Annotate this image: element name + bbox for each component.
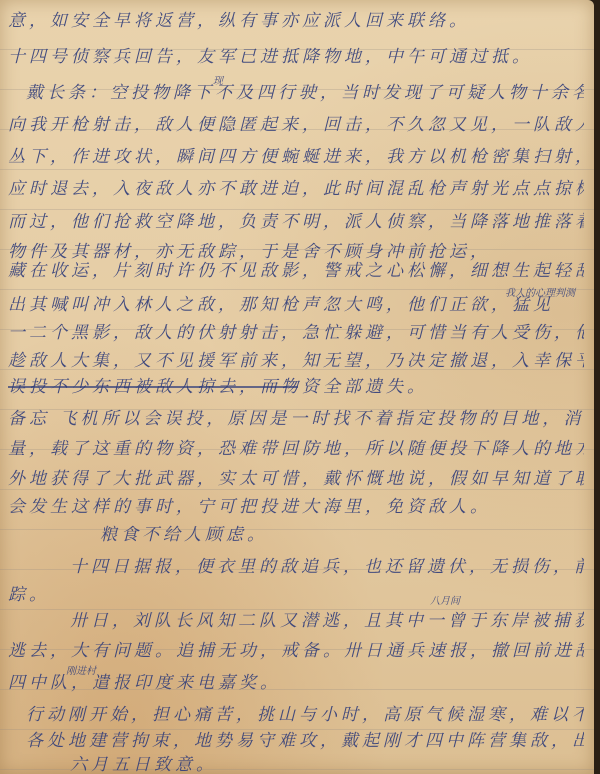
manuscript-line-11: 一二个黑影，敌人的伏射射击，急忙躲避，可惜当有人受伤，他们 xyxy=(8,318,584,343)
margin-annotation: 刚进村 xyxy=(66,662,96,677)
manuscript-line-4: 向我开枪射击，敌人便隐匿起来，回击，不久忽又见，一队敌人散伏树 xyxy=(8,110,584,135)
manuscript-line-19: 十四日据报，便衣里的敌追兵，也还留遗伏，无损伤，前有队伍搜寻敌 xyxy=(70,552,584,577)
manuscript-line-18: 粮食不给人顾虑。 xyxy=(100,520,584,545)
manuscript-line-15: 量，载了这重的物资，恐难带回防地，所以随便投下降人的地方，给敌人意 xyxy=(8,434,584,459)
strikethrough-mark xyxy=(8,386,298,388)
manuscript-line-3: 戴长条：空投物降下不及四行驶，当时发现了可疑人物十余名，由密林中 xyxy=(26,78,584,103)
manuscript-line-12: 趁敌人大集，又不见援军前来，知无望，乃决定撤退，入幸保平安， xyxy=(8,346,584,371)
manuscript-line-2: 十四号侦察兵回告，友军已进抵降物地，中午可通过抵。 xyxy=(8,42,584,67)
manuscript-line-24: 行动刚开始，担心痛苦，挑山与小时，高原气候湿寒，难以不堪，床铺无起。 xyxy=(26,700,584,725)
manuscript-line-5: 丛下，作进攻状，瞬间四方便蜿蜒进来，我方以机枪密集扫射，敌人 xyxy=(8,142,584,167)
manuscript-page: 意，如安全早将返营，纵有事亦应派人回来联络。 十四号侦察兵回告，友军已进抵降物地… xyxy=(0,0,594,774)
manuscript-line-1: 意，如安全早将返营，纵有事亦应派人回来联络。 xyxy=(8,6,584,31)
manuscript-line-7: 而过，他们抢救空降地，负责不明，派人侦察，当降落地推落着的 xyxy=(8,207,584,232)
manuscript-line-20: 踪。 xyxy=(8,580,584,605)
margin-annotation: 我人的心理判测 xyxy=(505,284,575,299)
manuscript-line-17: 会发生这样的事时，宁可把投进大海里，免资敌人。 xyxy=(8,492,584,517)
manuscript-line-21: 卅日，刘队长风知二队又潜逃，且其中一曾于东岸被捕获释放，今 xyxy=(70,606,584,631)
manuscript-line-25: 各处地建营拘束，地势易守难攻，戴起刚才四中阵营集敌，出发者速集 xyxy=(26,726,584,751)
manuscript-line-10: 出其喊叫冲入林人之敌，那知枪声忽大鸣，他们正欲，猛见 xyxy=(8,290,584,315)
margin-annotation: 八月间 xyxy=(430,592,460,607)
manuscript-line-22: 逃去，大有问题。追捕无功，戒备。卅日通兵速报，撤回前进敌步哨二 xyxy=(8,636,584,661)
manuscript-line-16: 外地获得了大批武器，实太可惜，戴怀慨地说，假如早知道了联军的 xyxy=(8,464,584,489)
manuscript-line-13: 误投不少东西被敌人掠去，而物资全部遗失。 xyxy=(8,372,584,397)
manuscript-line-9: 藏在收运，片刻时许仍不见敌影，警戒之心松懈，细想生起轻敌意， xyxy=(8,256,584,281)
manuscript-line-14: 备忘 飞机所以会误投，原因是一时找不着指定投物的目地，消耗了油 xyxy=(8,404,584,429)
manuscript-line-26: 六月五日致意。 xyxy=(70,750,584,774)
manuscript-line-6: 应时退去，入夜敌人亦不敢进迫，此时间混乱枪声射光点点掠树 xyxy=(8,174,584,199)
margin-annotation: 现 xyxy=(213,72,223,87)
